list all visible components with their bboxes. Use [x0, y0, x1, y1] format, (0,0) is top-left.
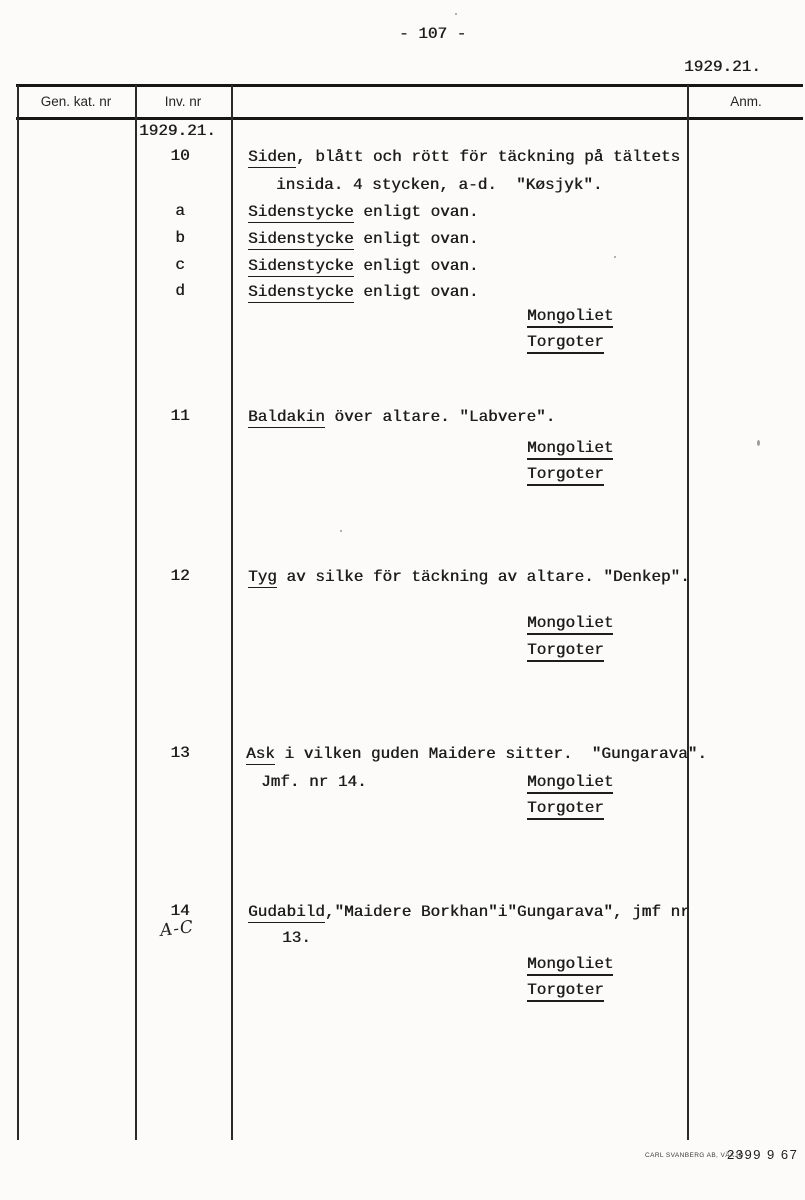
provenance-tribe: Torgoter: [527, 332, 604, 352]
entry-text-line2: insida. 4 stycken, a-d. "Køsjyk".: [276, 175, 602, 195]
entry-lead: Gudabild: [248, 903, 325, 923]
entry-rest: enligt ovan.: [354, 257, 479, 275]
entry-text: Gudabild,"Maidere Borkhan"i"Gungarava", …: [248, 902, 690, 922]
scan-speckle: [455, 13, 457, 15]
provenance-line: Mongoliet: [527, 614, 613, 635]
provenance-line: Torgoter: [527, 465, 604, 486]
provenance-line: Mongoliet: [527, 773, 613, 794]
entry-lead: Ask: [246, 745, 275, 765]
entry-lead: Sidenstycke: [248, 257, 354, 277]
entry-text-line2: 13.: [282, 928, 311, 948]
provenance-tribe: Torgoter: [527, 798, 604, 818]
inv-nr: 10: [132, 147, 228, 165]
entry-lead: Sidenstycke: [248, 230, 354, 250]
entry-lead: Baldakin: [248, 408, 325, 428]
entry-lead: Sidenstycke: [248, 283, 354, 303]
provenance-line: Torgoter: [527, 333, 604, 354]
provenance-region: Mongoliet: [527, 306, 613, 326]
entry-lead: Siden: [248, 148, 296, 168]
column-divider-inv-main: [231, 85, 233, 1140]
provenance-tribe: Torgoter: [527, 640, 604, 660]
scanned-catalog-page: - 107 - 1929.21. Gen. kat. nr Inv. nr An…: [0, 0, 805, 1200]
inv-nr: d: [132, 282, 228, 300]
entry-rest: i vilken guden Maidere sitter. "Gungarav…: [275, 745, 707, 763]
table-left-border: [17, 85, 19, 1140]
provenance-region: Mongoliet: [527, 613, 613, 633]
inv-nr: 13: [132, 744, 228, 762]
entry-rest: över altare. "Labvere".: [325, 408, 555, 426]
column-header-anm: Anm.: [687, 94, 805, 109]
provenance-line: Mongoliet: [527, 955, 613, 976]
inv-nr: 14: [132, 902, 228, 920]
provenance-line: Torgoter: [527, 799, 604, 820]
provenance-region: Mongoliet: [527, 438, 613, 458]
provenance-line: Mongoliet: [527, 307, 613, 328]
inv-nr: 12: [132, 567, 228, 585]
inv-nr-sub-handwritten: A-C: [159, 917, 195, 941]
provenance-tribe: Torgoter: [527, 464, 604, 484]
scan-speckle: [757, 440, 760, 446]
entry-lead: Sidenstycke: [248, 203, 354, 223]
entry-text: Sidenstycke enligt ovan.: [248, 229, 478, 249]
entry-text: Sidenstycke enligt ovan.: [248, 256, 478, 276]
entry-rest: enligt ovan.: [354, 230, 479, 248]
column-divider-main-anm: [687, 85, 689, 1140]
entry-lead: Tyg: [248, 568, 277, 588]
scan-speckle: [340, 530, 342, 532]
entry-rest: enligt ovan.: [354, 283, 479, 301]
provenance-region: Mongoliet: [527, 772, 613, 792]
printer-code: 2399 9 67: [727, 1147, 798, 1162]
catalog-reference: 1929.21.: [684, 57, 761, 77]
inv-nr: 11: [132, 407, 228, 425]
entry-text: Sidenstycke enligt ovan.: [248, 282, 478, 302]
scan-speckle: [614, 256, 616, 258]
entry-rest: , blått och rött för täckning på tältets: [296, 148, 680, 166]
column-header-gen-kat-nr: Gen. kat. nr: [17, 94, 135, 109]
entry-rest: av silke för täckning av altare. "Denkep…: [277, 568, 690, 586]
entry-text: Tyg av silke för täckning av altare. "De…: [248, 567, 690, 587]
page-number: - 107 -: [399, 24, 466, 44]
group-heading: 1929.21.: [139, 121, 216, 141]
provenance-line: Mongoliet: [527, 439, 613, 460]
inv-nr: b: [132, 229, 228, 247]
entry-text: Sidenstycke enligt ovan.: [248, 202, 478, 222]
inv-nr: c: [132, 256, 228, 274]
inv-nr: a: [132, 202, 228, 220]
entry-text: Ask i vilken guden Maidere sitter. "Gung…: [246, 744, 707, 764]
entry-text: Baldakin över altare. "Labvere".: [248, 407, 555, 427]
entry-note: Jmf. nr 14.: [261, 772, 367, 792]
provenance-line: Torgoter: [527, 641, 604, 662]
provenance-region: Mongoliet: [527, 954, 613, 974]
provenance-line: Torgoter: [527, 981, 604, 1002]
column-header-inv-nr: Inv. nr: [135, 94, 231, 109]
entry-rest: enligt ovan.: [354, 203, 479, 221]
entry-text: Siden, blått och rött för täckning på tä…: [248, 147, 680, 167]
entry-rest: ,"Maidere Borkhan"i"Gungarava", jmf nr: [325, 903, 690, 921]
provenance-tribe: Torgoter: [527, 980, 604, 1000]
